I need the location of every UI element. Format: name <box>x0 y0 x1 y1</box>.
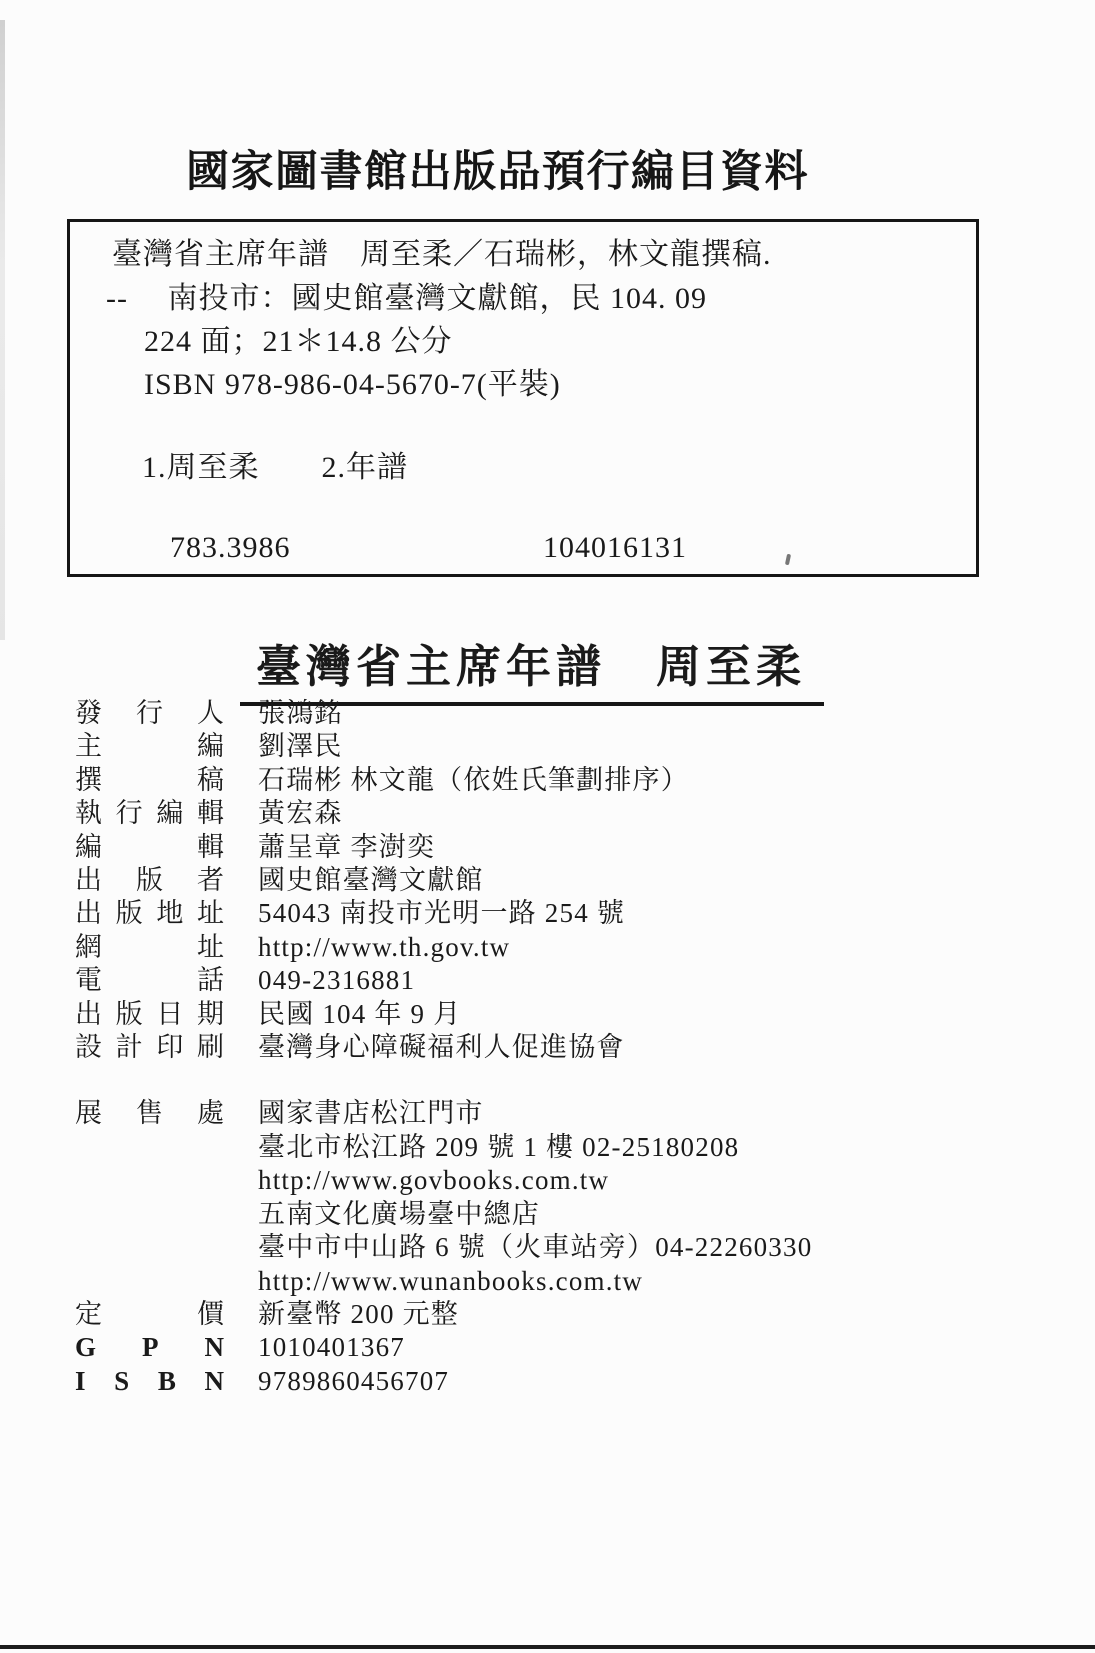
field-label: 撰稿 <box>75 764 224 797</box>
field-label: GPN <box>75 1331 224 1364</box>
pub-row-chief-editor: 主編 劉澤民 <box>75 730 1035 763</box>
cip-collation-line: 224 面；21＊14.8 公分 <box>144 327 453 357</box>
pub-row-authors: 撰稿 石瑞彬 林文龍（依姓氏筆劃排序） <box>75 764 1035 797</box>
sales-outlet-line: 國家書店松江門市 <box>258 1097 812 1130</box>
field-value: 新臺幣 200 元整 <box>258 1298 459 1331</box>
sales-outlet-line: 五南文化廣場臺中總店 <box>258 1198 812 1231</box>
field-value: 張鴻銘 <box>258 697 343 730</box>
field-value: 劉澤民 <box>258 730 343 763</box>
cip-imprint-line: -- 南投市：國史館臺灣文獻館，民 104. 09 <box>106 284 707 314</box>
pub-row-design-printing: 設計印刷 臺灣身心障礙福利人促進協會 <box>75 1031 1035 1064</box>
scan-edge-artifact <box>0 1645 1095 1649</box>
pub-row-isbn: ISBN 9789860456707 <box>75 1365 1035 1398</box>
pub-row-price: 定價 新臺幣 200 元整 <box>75 1298 1035 1331</box>
cip-box: 臺灣省主席年譜 周至柔／石瑞彬，林文龍撰稿. -- 南投市：國史館臺灣文獻館，民… <box>67 219 979 577</box>
pub-row-address: 出版地址 54043 南投市光明一路 254 號 <box>75 897 1035 930</box>
field-label: 電話 <box>75 964 224 997</box>
field-value: 54043 南投市光明一路 254 號 <box>258 897 625 930</box>
field-label: 執行編輯 <box>75 797 224 830</box>
field-label: ISBN <box>75 1365 224 1398</box>
field-value: 蕭呈章 李澍奕 <box>258 831 435 864</box>
field-label: 設計印刷 <box>75 1031 224 1064</box>
field-value: 國家書店松江門市 臺北市松江路 209 號 1 樓 02-25180208 ht… <box>258 1097 812 1297</box>
cip-subjects-line: 1.周至柔 2.年譜 <box>142 453 408 483</box>
field-value: 石瑞彬 林文龍（依姓氏筆劃排序） <box>258 764 689 797</box>
pub-row-gpn: GPN 1010401367 <box>75 1331 1035 1364</box>
pub-row-publisher-org: 出版者 國史館臺灣文獻館 <box>75 864 1035 897</box>
pub-row-publish-date: 出版日期 民國 104 年 9 月 <box>75 998 1035 1031</box>
field-label: 編輯 <box>75 831 224 864</box>
field-value: 臺灣身心障礙福利人促進協會 <box>258 1031 625 1064</box>
field-label: 出版者 <box>75 864 224 897</box>
field-value: 黃宏森 <box>258 797 343 830</box>
sales-outlet-line: http://www.wunanbooks.com.tw <box>258 1265 812 1298</box>
field-value: 國史館臺灣文獻館 <box>258 864 484 897</box>
field-value: 1010401367 <box>258 1331 405 1364</box>
pub-row-telephone: 電話 049-2316881 <box>75 964 1035 997</box>
cip-class-number: 783.3986 <box>170 533 291 563</box>
book-title: 臺灣省主席年譜 周至柔 <box>240 630 824 706</box>
pub-row-executive-editor: 執行編輯 黃宏森 <box>75 797 1035 830</box>
field-label: 主編 <box>75 730 224 763</box>
field-label: 出版地址 <box>75 897 224 930</box>
scan-edge-artifact <box>0 20 5 640</box>
field-value: 9789860456707 <box>258 1365 449 1398</box>
field-label: 定價 <box>75 1298 224 1331</box>
publication-info: 發行人 張鴻銘 主編 劉澤民 撰稿 石瑞彬 林文龍（依姓氏筆劃排序） 執行編輯 … <box>75 697 1035 1398</box>
cip-isbn-line: ISBN 978-986-04-5670-7(平裝) <box>144 370 561 400</box>
field-label: 展售處 <box>75 1097 224 1130</box>
pub-row-sales-outlets: 展售處 國家書店松江門市 臺北市松江路 209 號 1 樓 02-2518020… <box>75 1097 1035 1297</box>
field-label: 網址 <box>75 931 224 964</box>
colophon-page: 國家圖書館出版品預行編目資料 臺灣省主席年譜 周至柔／石瑞彬，林文龍撰稿. --… <box>0 0 1095 1653</box>
sales-outlet-line: 臺北市松江路 209 號 1 樓 02-25180208 <box>258 1131 812 1164</box>
field-value: 049-2316881 <box>258 964 415 997</box>
pub-row-publisher-person: 發行人 張鴻銘 <box>75 697 1035 730</box>
field-value: 民國 104 年 9 月 <box>258 998 461 1031</box>
sales-outlet-line: 臺中市中山路 6 號（火車站旁）04-22260330 <box>258 1231 812 1264</box>
field-label: 出版日期 <box>75 998 224 1031</box>
cip-record-number: 104016131 <box>543 533 687 563</box>
pub-row-editors: 編輯 蕭呈章 李澍奕 <box>75 831 1035 864</box>
field-value: http://www.th.gov.tw <box>258 931 510 964</box>
cip-title-line: 臺灣省主席年譜 周至柔／石瑞彬，林文龍撰稿. <box>112 240 772 270</box>
pub-row-website: 網址 http://www.th.gov.tw <box>75 931 1035 964</box>
field-label: 發行人 <box>75 697 224 730</box>
sales-outlet-line: http://www.govbooks.com.tw <box>258 1164 812 1197</box>
cip-header: 國家圖書館出版品預行編目資料 <box>186 138 809 199</box>
